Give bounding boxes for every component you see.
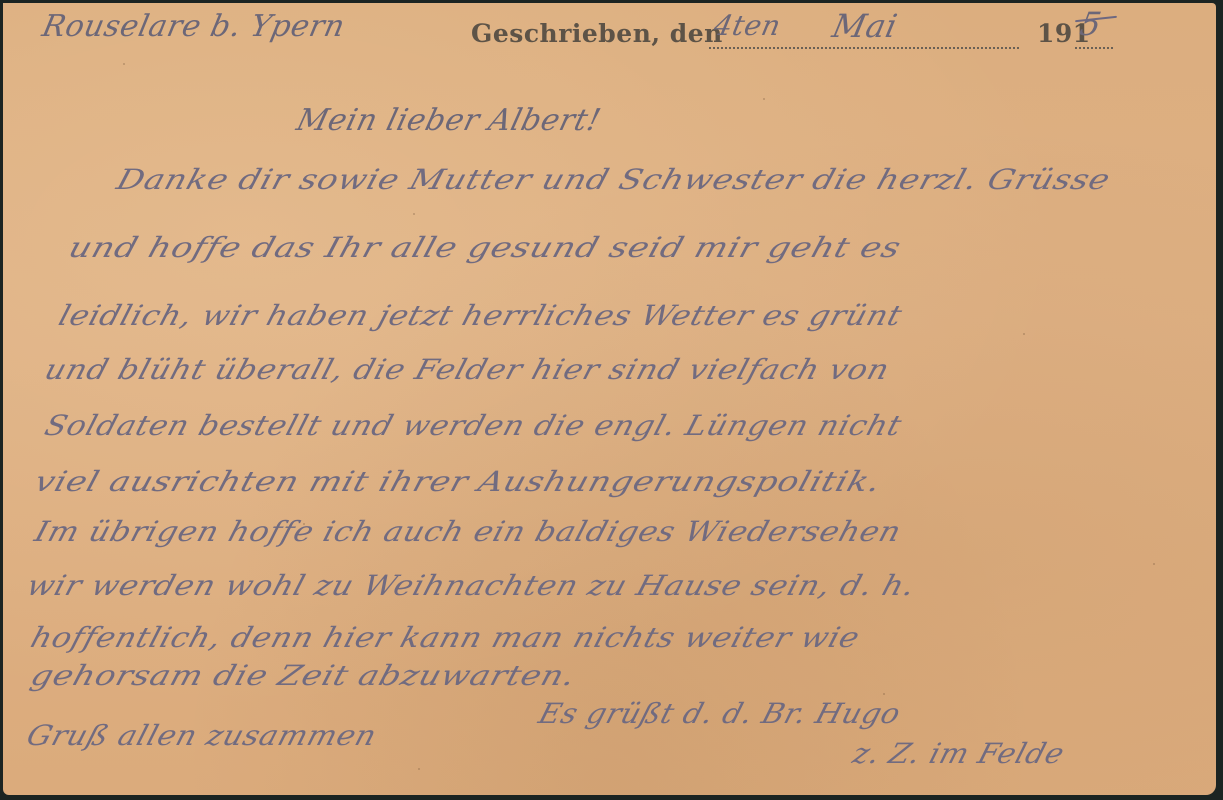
date-dotted-line [709, 47, 1019, 49]
body-line: gehorsam die Zeit abzuwarten. [27, 659, 580, 692]
postcard: Rouselare b. Ypern Geschrieben, den 4ten… [3, 3, 1216, 795]
location-note: z. Z. im Felde [849, 737, 1069, 770]
date-month: Mai [829, 7, 901, 45]
paper-speck [1153, 563, 1155, 565]
body-line: viel ausrichten mit ihrer Aushungerungsp… [31, 465, 885, 498]
family-greeting: Gruß allen zusammen [23, 719, 381, 752]
body-line: und blüht überall, die Felder hier sind … [41, 353, 894, 386]
closing-greeting: Es grüßt d. d. Br. Hugo [535, 697, 905, 730]
body-line: wir werden wohl zu Weihnachten zu Hause … [23, 569, 919, 602]
paper-speck [123, 63, 125, 65]
body-line: Im übrigen hoffe ich auch ein baldiges W… [31, 515, 905, 548]
paper-speck [418, 768, 420, 770]
body-line: leidlich, wir haben jetzt herrliches Wet… [55, 299, 906, 332]
salutation: Mein lieber Albert! [293, 103, 605, 138]
paper-speck [763, 98, 765, 100]
body-line: hoffentlich, denn hier kann man nichts w… [27, 621, 864, 654]
body-line: Soldaten bestellt und werden die engl. L… [41, 409, 906, 442]
date-day: 4ten [711, 9, 784, 42]
printed-date-label: Geschrieben, den [471, 19, 723, 48]
place-name: Rouselare b. Ypern [39, 9, 348, 44]
body-line: und hoffe das Ihr alle gesund seid mir g… [65, 231, 905, 264]
paper-speck [413, 213, 415, 215]
paper-speck [883, 693, 885, 695]
paper-speck [1023, 333, 1025, 335]
date-year-suffix: 5 [1077, 5, 1105, 43]
body-line: Danke dir sowie Mutter und Schwester die… [113, 163, 1114, 196]
year-dotted-line [1075, 47, 1113, 49]
